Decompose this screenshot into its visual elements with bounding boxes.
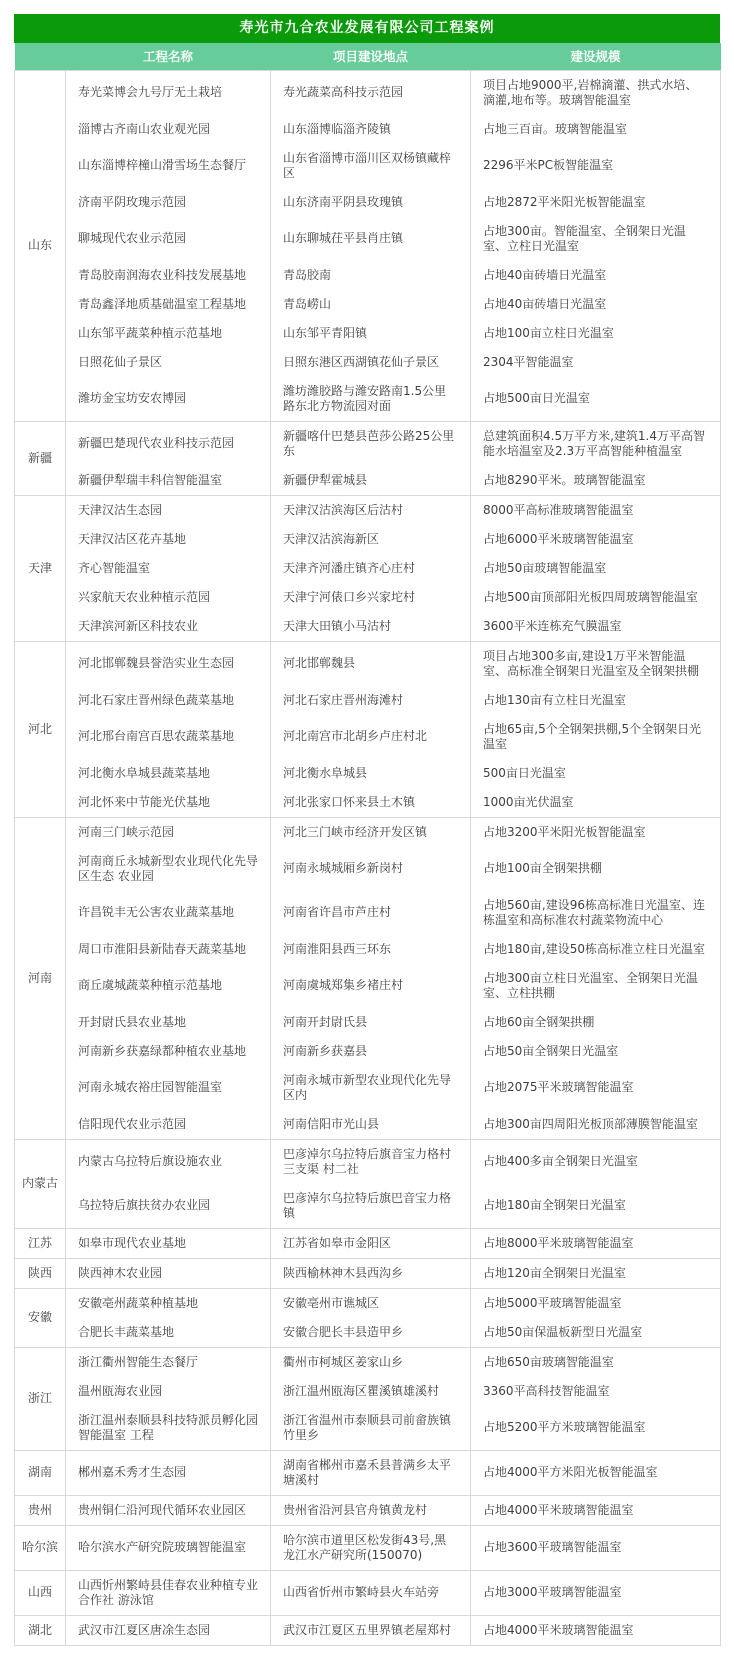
table-row: 信阳现代农业示范园河南信阳市光山县占地300亩四周阳光板顶部薄膜智能温室 bbox=[15, 1110, 721, 1140]
table-row: 山东淄博梓橦山滑雪场生态餐厅山东省淄博市淄川区双杨镇藏梓区2296平米PC板智能… bbox=[15, 144, 721, 188]
table-row: 河北怀来中节能光伏基地河北张家口怀来县土木镇1000亩光伏温室 bbox=[15, 788, 721, 818]
table-row: 周口市淮阳县新陆春天蔬菜基地河南淮阳县西三环东占地180亩,建设50栋高标准立柱… bbox=[15, 935, 721, 964]
scale-cell: 占地三百亩。玻璃智能温室 bbox=[471, 115, 721, 144]
scale-cell: 占地130亩有立柱日光温室 bbox=[471, 686, 721, 715]
project-name-cell: 哈尔滨水产研究院玻璃智能温室 bbox=[66, 1525, 271, 1570]
location-cell: 湖南省郴州市嘉禾县普满乡太平塘溪村 bbox=[271, 1450, 471, 1495]
table-row: 哈尔滨哈尔滨水产研究院玻璃智能温室哈尔滨市道里区松发街43号,黑龙江水产研究所(… bbox=[15, 1525, 721, 1570]
project-name-cell: 河南三门峡示范园 bbox=[66, 817, 271, 847]
project-name-cell: 济南平阴玫瑰示范园 bbox=[66, 188, 271, 217]
table-row: 温州瓯海农业园浙江温州瓯海区瞿溪镇雄溪村3360平高科技智能温室 bbox=[15, 1377, 721, 1406]
project-name-cell: 天津汉沽区花卉基地 bbox=[66, 525, 271, 554]
scale-cell: 占地500亩顶部阳光板四周玻璃智能温室 bbox=[471, 583, 721, 612]
location-cell: 河南淮阳县西三环东 bbox=[271, 935, 471, 964]
location-cell: 武汉市江夏区五里界镇老屋郑村 bbox=[271, 1615, 471, 1645]
location-cell: 潍坊潍胶路与潍安路南1.5公里路东北方物流园对面 bbox=[271, 377, 471, 422]
scale-cell: 占地40亩砖墙日光温室 bbox=[471, 261, 721, 290]
province-cell: 山西 bbox=[15, 1570, 66, 1615]
project-name-cell: 陕西神木农业园 bbox=[66, 1258, 271, 1288]
province-cell: 河北 bbox=[15, 641, 66, 817]
cases-table: 工程名称 项目建设地点 建设规模 山东寿光菜博会九号厅无土栽培寿光蔬菜高科技示范… bbox=[14, 43, 721, 1646]
location-cell: 河南新乡获嘉县 bbox=[271, 1037, 471, 1066]
table-row: 贵州贵州铜仁沿河现代循环农业园区贵州省沿河县官舟镇黄龙村占地4000平米玻璃智能… bbox=[15, 1495, 721, 1525]
project-name-cell: 河南新乡获嘉绿都种植农业基地 bbox=[66, 1037, 271, 1066]
table-row: 湖南郴州嘉禾秀才生态园湖南省郴州市嘉禾县普满乡太平塘溪村占地4000平方米阳光板… bbox=[15, 1450, 721, 1495]
project-name-cell: 河南商丘永城新型农业现代化先导区生态 农业园 bbox=[66, 847, 271, 891]
location-cell: 河南信阳市光山县 bbox=[271, 1110, 471, 1140]
project-name-cell: 郴州嘉禾秀才生态园 bbox=[66, 1450, 271, 1495]
scale-cell: 1000亩光伏温室 bbox=[471, 788, 721, 818]
location-cell: 河北石家庄晋州海滩村 bbox=[271, 686, 471, 715]
table-row: 日照花仙子景区日照东港区西湖镇花仙子景区2304平智能温室 bbox=[15, 348, 721, 377]
scale-cell: 2296平米PC板智能温室 bbox=[471, 144, 721, 188]
scale-cell: 3360平高科技智能温室 bbox=[471, 1377, 721, 1406]
table-row: 齐心智能温室天津齐河潘庄镇齐心庄村占地50亩玻璃智能温室 bbox=[15, 554, 721, 583]
province-cell: 贵州 bbox=[15, 1495, 66, 1525]
scale-cell: 占地100亩立柱日光温室 bbox=[471, 319, 721, 348]
project-name-cell: 河北石家庄晋州绿色蔬菜基地 bbox=[66, 686, 271, 715]
scale-cell: 占地3200平米阳光板智能温室 bbox=[471, 817, 721, 847]
table-row: 乌拉特后旗扶贫办农业园巴彦淖尔乌拉特后旗巴音宝力格镇占地180亩全钢架日光温室 bbox=[15, 1184, 721, 1229]
project-name-cell: 河北邢台南宫百思农蔬菜基地 bbox=[66, 715, 271, 759]
location-cell: 山东聊城茌平县肖庄镇 bbox=[271, 217, 471, 261]
project-name-cell: 齐心智能温室 bbox=[66, 554, 271, 583]
scale-cell: 占地8000平米玻璃智能温室 bbox=[471, 1228, 721, 1258]
province-cell: 天津 bbox=[15, 495, 66, 641]
project-name-cell: 河北邯郸魏县誉浩实业生态园 bbox=[66, 641, 271, 686]
location-cell: 贵州省沿河县官舟镇黄龙村 bbox=[271, 1495, 471, 1525]
scale-cell: 8000平高标准玻璃智能温室 bbox=[471, 495, 721, 525]
table-row: 许昌锐丰无公害农业蔬菜基地河南省许昌市芦庄村占地560亩,建设96栋高标准日光温… bbox=[15, 891, 721, 935]
table-row: 天津天津汉沽生态园天津汉沽滨海区后沽村8000平高标准玻璃智能温室 bbox=[15, 495, 721, 525]
column-header-province bbox=[15, 43, 66, 70]
table-row: 河南新乡获嘉绿都种植农业基地河南新乡获嘉县占地50亩全钢架日光温室 bbox=[15, 1037, 721, 1066]
scale-cell: 占地6000平米玻璃智能温室 bbox=[471, 525, 721, 554]
location-cell: 天津汉沽滨海新区 bbox=[271, 525, 471, 554]
location-cell: 日照东港区西湖镇花仙子景区 bbox=[271, 348, 471, 377]
location-cell: 新疆喀什巴楚县芭莎公路25公里东 bbox=[271, 421, 471, 466]
column-header-project-name: 工程名称 bbox=[66, 43, 271, 70]
table-row: 青岛鑫泽地质基础温室工程基地青岛崂山占地40亩砖墙日光温室 bbox=[15, 290, 721, 319]
project-name-cell: 天津滨河新区科技农业 bbox=[66, 612, 271, 642]
table-row: 济南平阴玫瑰示范园山东济南平阴县玫瑰镇占地2872平米阳光板智能温室 bbox=[15, 188, 721, 217]
project-name-cell: 内蒙古乌拉特后旗设施农业 bbox=[66, 1139, 271, 1184]
scale-cell: 总建筑面积4.5万平方米,建筑1.4万平高智能水培温室及2.3万平高智能种植温室 bbox=[471, 421, 721, 466]
location-cell: 山东济南平阴县玫瑰镇 bbox=[271, 188, 471, 217]
table-row: 河北衡水阜城县蔬菜基地河北衡水阜城县500亩日光温室 bbox=[15, 759, 721, 788]
scale-cell: 占地8290平米。玻璃智能温室 bbox=[471, 466, 721, 496]
project-name-cell: 新疆伊犁瑞丰科信智能温室 bbox=[66, 466, 271, 496]
table-row: 天津滨河新区科技农业天津大田镇小马沽村3600平米连栋充气膜温室 bbox=[15, 612, 721, 642]
table-row: 河北石家庄晋州绿色蔬菜基地河北石家庄晋州海滩村占地130亩有立柱日光温室 bbox=[15, 686, 721, 715]
scale-cell: 占地60亩全钢架拱棚 bbox=[471, 1008, 721, 1037]
scale-cell: 占地40亩砖墙日光温室 bbox=[471, 290, 721, 319]
table-row: 兴家航天农业种植示范园天津宁河俵口乡兴家坨村占地500亩顶部阳光板四周玻璃智能温… bbox=[15, 583, 721, 612]
scale-cell: 占地400多亩全钢架日光温室 bbox=[471, 1139, 721, 1184]
scale-cell: 占地180亩全钢架日光温室 bbox=[471, 1184, 721, 1229]
project-name-cell: 山东淄博梓橦山滑雪场生态餐厅 bbox=[66, 144, 271, 188]
scale-cell: 占地50亩玻璃智能温室 bbox=[471, 554, 721, 583]
province-cell: 河南 bbox=[15, 817, 66, 1139]
project-name-cell: 乌拉特后旗扶贫办农业园 bbox=[66, 1184, 271, 1229]
scale-cell: 占地120亩全钢架日光温室 bbox=[471, 1258, 721, 1288]
table-row: 新疆新疆巴楚现代农业科技示范园新疆喀什巴楚县芭莎公路25公里东总建筑面积4.5万… bbox=[15, 421, 721, 466]
project-name-cell: 青岛鑫泽地质基础温室工程基地 bbox=[66, 290, 271, 319]
location-cell: 浙江温州瓯海区瞿溪镇雄溪村 bbox=[271, 1377, 471, 1406]
location-cell: 安徽亳州市谯城区 bbox=[271, 1288, 471, 1318]
table-row: 聊城现代农业示范园山东聊城茌平县肖庄镇占地300亩。智能温室、全钢架日光温室、立… bbox=[15, 217, 721, 261]
table-row: 山西山西忻州繁峙县佳春农业种植专业合作社 游泳馆山西省忻州市繁峙县火车站旁占地3… bbox=[15, 1570, 721, 1615]
table-row: 潍坊金宝坊安农博园潍坊潍胶路与潍安路南1.5公里路东北方物流园对面占地500亩日… bbox=[15, 377, 721, 422]
scale-cell: 占地560亩,建设96栋高标准日光温室、连栋温室和高标准农村蔬菜物流中心 bbox=[471, 891, 721, 935]
table-row: 江苏如皋市现代农业基地江苏省如皋市金阳区占地8000平米玻璃智能温室 bbox=[15, 1228, 721, 1258]
project-name-cell: 温州瓯海农业园 bbox=[66, 1377, 271, 1406]
location-cell: 河北南宫市北胡乡卢庄村北 bbox=[271, 715, 471, 759]
table-row: 河南河南三门峡示范园河北三门峡市经济开发区镇占地3200平米阳光板智能温室 bbox=[15, 817, 721, 847]
scale-cell: 3600平米连栋充气膜温室 bbox=[471, 612, 721, 642]
project-name-cell: 如皋市现代农业基地 bbox=[66, 1228, 271, 1258]
location-cell: 山东邹平青阳镇 bbox=[271, 319, 471, 348]
project-name-cell: 新疆巴楚现代农业科技示范园 bbox=[66, 421, 271, 466]
location-cell: 青岛崂山 bbox=[271, 290, 471, 319]
province-cell: 湖南 bbox=[15, 1450, 66, 1495]
table-row: 新疆伊犁瑞丰科信智能温室新疆伊犁霍城县占地8290平米。玻璃智能温室 bbox=[15, 466, 721, 496]
location-cell: 天津宁河俵口乡兴家坨村 bbox=[271, 583, 471, 612]
table-row: 河北河北邯郸魏县誉浩实业生态园河北邯郸魏县项目占地300多亩,建设1万平米智能温… bbox=[15, 641, 721, 686]
scale-cell: 占地180亩,建设50栋高标准立柱日光温室 bbox=[471, 935, 721, 964]
table-body: 山东寿光菜博会九号厅无土栽培寿光蔬菜高科技示范园项目占地9000平,岩棉滴灌、拱… bbox=[15, 70, 721, 1645]
scale-cell: 占地4000平米玻璃智能温室 bbox=[471, 1615, 721, 1645]
scale-cell: 占地4000平米玻璃智能温室 bbox=[471, 1495, 721, 1525]
scale-cell: 占地50亩全钢架日光温室 bbox=[471, 1037, 721, 1066]
table-row: 商丘虞城蔬菜种植示范基地河南虞城郑集乡褚庄村占地300亩立柱日光温室、全钢架日光… bbox=[15, 964, 721, 1008]
location-cell: 寿光蔬菜高科技示范园 bbox=[271, 70, 471, 115]
table-row: 河北邢台南宫百思农蔬菜基地河北南宫市北胡乡卢庄村北占地65亩,5个全钢架拱棚,5… bbox=[15, 715, 721, 759]
project-name-cell: 山西忻州繁峙县佳春农业种植专业合作社 游泳馆 bbox=[66, 1570, 271, 1615]
project-name-cell: 兴家航天农业种植示范园 bbox=[66, 583, 271, 612]
project-name-cell: 寿光菜博会九号厅无土栽培 bbox=[66, 70, 271, 115]
project-name-cell: 商丘虞城蔬菜种植示范基地 bbox=[66, 964, 271, 1008]
project-name-cell: 周口市淮阳县新陆春天蔬菜基地 bbox=[66, 935, 271, 964]
project-name-cell: 浙江温州泰顺县科技特派员孵化园智能温室 工程 bbox=[66, 1406, 271, 1451]
location-cell: 陕西榆林神木县西沟乡 bbox=[271, 1258, 471, 1288]
location-cell: 河北衡水阜城县 bbox=[271, 759, 471, 788]
project-name-cell: 潍坊金宝坊安农博园 bbox=[66, 377, 271, 422]
scale-cell: 占地650亩玻璃智能温室 bbox=[471, 1347, 721, 1377]
scale-cell: 占地100亩全钢架拱棚 bbox=[471, 847, 721, 891]
location-cell: 衢州市柯城区姜家山乡 bbox=[271, 1347, 471, 1377]
location-cell: 河南永城城厢乡新岗村 bbox=[271, 847, 471, 891]
page-title: 寿光市九合农业发展有限公司工程案例 bbox=[14, 14, 720, 43]
location-cell: 河南虞城郑集乡褚庄村 bbox=[271, 964, 471, 1008]
location-cell: 浙江省温州市泰顺县司前畲族镇竹里乡 bbox=[271, 1406, 471, 1451]
table-row: 浙江浙江衢州智能生态餐厅衢州市柯城区姜家山乡占地650亩玻璃智能温室 bbox=[15, 1347, 721, 1377]
project-name-cell: 河北怀来中节能光伏基地 bbox=[66, 788, 271, 818]
table-row: 淄博古齐南山农业观光园山东淄博临淄齐陵镇占地三百亩。玻璃智能温室 bbox=[15, 115, 721, 144]
location-cell: 河北邯郸魏县 bbox=[271, 641, 471, 686]
scale-cell: 项目占地300多亩,建设1万平米智能温室、高标准全钢架日光温室及全钢架拱棚 bbox=[471, 641, 721, 686]
table-row: 浙江温州泰顺县科技特派员孵化园智能温室 工程浙江省温州市泰顺县司前畲族镇竹里乡占… bbox=[15, 1406, 721, 1451]
page: 寿光市九合农业发展有限公司工程案例 工程名称 项目建设地点 建设规模 山东寿光菜… bbox=[0, 0, 734, 1654]
province-cell: 浙江 bbox=[15, 1347, 66, 1450]
location-cell: 天津齐河潘庄镇齐心庄村 bbox=[271, 554, 471, 583]
province-cell: 陕西 bbox=[15, 1258, 66, 1288]
scale-cell: 占地2075平米玻璃智能温室 bbox=[471, 1066, 721, 1110]
table-row: 河南永城农裕庄园智能温室河南永城市新型农业现代化先导区内占地2075平米玻璃智能… bbox=[15, 1066, 721, 1110]
location-cell: 山西省忻州市繁峙县火车站旁 bbox=[271, 1570, 471, 1615]
location-cell: 巴彦淖尔乌拉特后旗巴音宝力格镇 bbox=[271, 1184, 471, 1229]
location-cell: 巴彦淖尔乌拉特后旗音宝力格村三支渠 村二社 bbox=[271, 1139, 471, 1184]
province-cell: 内蒙古 bbox=[15, 1139, 66, 1228]
location-cell: 哈尔滨市道里区松发街43号,黑龙江水产研究所(150070) bbox=[271, 1525, 471, 1570]
province-cell: 新疆 bbox=[15, 421, 66, 495]
project-name-cell: 河南永城农裕庄园智能温室 bbox=[66, 1066, 271, 1110]
province-cell: 江苏 bbox=[15, 1228, 66, 1258]
scale-cell: 占地50亩保温板新型日光温室 bbox=[471, 1318, 721, 1348]
scale-cell: 2304平智能温室 bbox=[471, 348, 721, 377]
table-row: 青岛胶南润海农业科技发展基地青岛胶南占地40亩砖墙日光温室 bbox=[15, 261, 721, 290]
column-header-scale: 建设规模 bbox=[471, 43, 721, 70]
scale-cell: 占地65亩,5个全钢架拱棚,5个全钢架日光温室 bbox=[471, 715, 721, 759]
scale-cell: 占地4000平方米阳光板智能温室 bbox=[471, 1450, 721, 1495]
table-row: 湖北武汉市江夏区唐凃生态园武汉市江夏区五里界镇老屋郑村占地4000平米玻璃智能温… bbox=[15, 1615, 721, 1645]
location-cell: 山东淄博临淄齐陵镇 bbox=[271, 115, 471, 144]
table-row: 合肥长丰蔬菜基地安徽合肥长丰县造甲乡占地50亩保温板新型日光温室 bbox=[15, 1318, 721, 1348]
location-cell: 新疆伊犁霍城县 bbox=[271, 466, 471, 496]
location-cell: 天津大田镇小马沽村 bbox=[271, 612, 471, 642]
table-row: 安徽安徽亳州蔬菜种植基地安徽亳州市谯城区占地5000平玻璃智能温室 bbox=[15, 1288, 721, 1318]
project-name-cell: 河北衡水阜城县蔬菜基地 bbox=[66, 759, 271, 788]
scale-cell: 占地500亩日光温室 bbox=[471, 377, 721, 422]
location-cell: 江苏省如皋市金阳区 bbox=[271, 1228, 471, 1258]
project-name-cell: 聊城现代农业示范园 bbox=[66, 217, 271, 261]
table-row: 山东寿光菜博会九号厅无土栽培寿光蔬菜高科技示范园项目占地9000平,岩棉滴灌、拱… bbox=[15, 70, 721, 115]
column-header-location: 项目建设地点 bbox=[271, 43, 471, 70]
table-header: 工程名称 项目建设地点 建设规模 bbox=[15, 43, 721, 70]
project-name-cell: 信阳现代农业示范园 bbox=[66, 1110, 271, 1140]
project-name-cell: 淄博古齐南山农业观光园 bbox=[66, 115, 271, 144]
province-cell: 湖北 bbox=[15, 1615, 66, 1645]
location-cell: 安徽合肥长丰县造甲乡 bbox=[271, 1318, 471, 1348]
table-row: 陕西陕西神木农业园陕西榆林神木县西沟乡占地120亩全钢架日光温室 bbox=[15, 1258, 721, 1288]
location-cell: 河北三门峡市经济开发区镇 bbox=[271, 817, 471, 847]
location-cell: 青岛胶南 bbox=[271, 261, 471, 290]
table-row: 开封尉氏县农业基地河南开封尉氏县占地60亩全钢架拱棚 bbox=[15, 1008, 721, 1037]
scale-cell: 占地3600平玻璃智能温室 bbox=[471, 1525, 721, 1570]
project-name-cell: 许昌锐丰无公害农业蔬菜基地 bbox=[66, 891, 271, 935]
scale-cell: 占地300亩。智能温室、全钢架日光温室、立柱日光温室 bbox=[471, 217, 721, 261]
scale-cell: 占地5000平玻璃智能温室 bbox=[471, 1288, 721, 1318]
table-row: 河南商丘永城新型农业现代化先导区生态 农业园河南永城城厢乡新岗村占地100亩全钢… bbox=[15, 847, 721, 891]
scale-cell: 占地2872平米阳光板智能温室 bbox=[471, 188, 721, 217]
project-name-cell: 日照花仙子景区 bbox=[66, 348, 271, 377]
location-cell: 河北张家口怀来县土木镇 bbox=[271, 788, 471, 818]
scale-cell: 项目占地9000平,岩棉滴灌、拱式水培、滴灌,地布等。玻璃智能温室 bbox=[471, 70, 721, 115]
location-cell: 河南省许昌市芦庄村 bbox=[271, 891, 471, 935]
table-row: 内蒙古内蒙古乌拉特后旗设施农业巴彦淖尔乌拉特后旗音宝力格村三支渠 村二社占地40… bbox=[15, 1139, 721, 1184]
project-name-cell: 青岛胶南润海农业科技发展基地 bbox=[66, 261, 271, 290]
location-cell: 河南永城市新型农业现代化先导区内 bbox=[271, 1066, 471, 1110]
project-name-cell: 合肥长丰蔬菜基地 bbox=[66, 1318, 271, 1348]
scale-cell: 占地300亩四周阳光板顶部薄膜智能温室 bbox=[471, 1110, 721, 1140]
project-name-cell: 浙江衢州智能生态餐厅 bbox=[66, 1347, 271, 1377]
scale-cell: 500亩日光温室 bbox=[471, 759, 721, 788]
scale-cell: 占地5200平方米玻璃智能温室 bbox=[471, 1406, 721, 1451]
location-cell: 天津汉沽滨海区后沽村 bbox=[271, 495, 471, 525]
project-name-cell: 安徽亳州蔬菜种植基地 bbox=[66, 1288, 271, 1318]
scale-cell: 占地300亩立柱日光温室、全钢架日光温室、立柱拱棚 bbox=[471, 964, 721, 1008]
project-name-cell: 山东邹平蔬菜种植示范基地 bbox=[66, 319, 271, 348]
project-name-cell: 武汉市江夏区唐凃生态园 bbox=[66, 1615, 271, 1645]
project-name-cell: 开封尉氏县农业基地 bbox=[66, 1008, 271, 1037]
project-name-cell: 贵州铜仁沿河现代循环农业园区 bbox=[66, 1495, 271, 1525]
table-row: 天津汉沽区花卉基地天津汉沽滨海新区占地6000平米玻璃智能温室 bbox=[15, 525, 721, 554]
location-cell: 山东省淄博市淄川区双杨镇藏梓区 bbox=[271, 144, 471, 188]
table-row: 山东邹平蔬菜种植示范基地山东邹平青阳镇占地100亩立柱日光温室 bbox=[15, 319, 721, 348]
province-cell: 安徽 bbox=[15, 1288, 66, 1347]
province-cell: 哈尔滨 bbox=[15, 1525, 66, 1570]
project-name-cell: 天津汉沽生态园 bbox=[66, 495, 271, 525]
scale-cell: 占地3000平玻璃智能温室 bbox=[471, 1570, 721, 1615]
province-cell: 山东 bbox=[15, 70, 66, 421]
location-cell: 河南开封尉氏县 bbox=[271, 1008, 471, 1037]
